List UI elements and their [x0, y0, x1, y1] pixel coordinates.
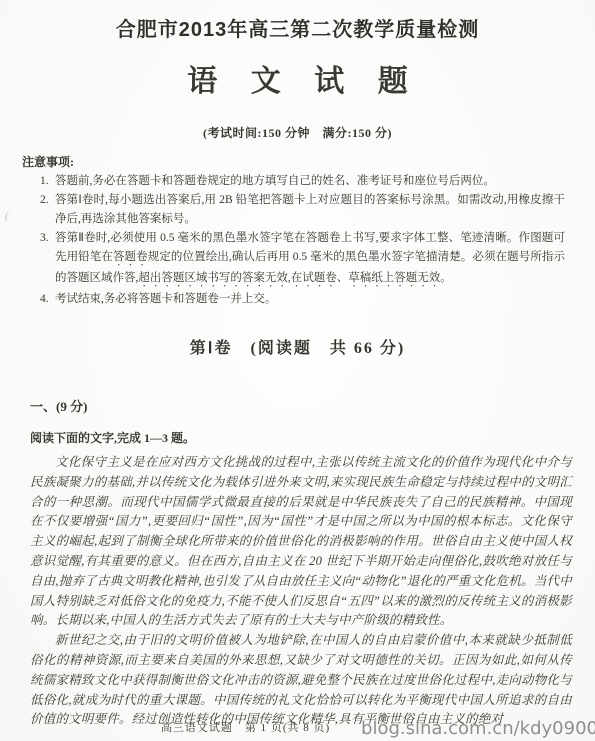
notices-section: 注意事项: 1. 答题前,务必在答题卡和答题卷规定的地方填写自己的姓名、准考证号…	[22, 153, 595, 309]
notice-number: 4.	[40, 290, 49, 309]
exam-paper-page: ( 合肥市2013年高三第二次教学质量检测 语 文 试 题 (考试时间:150 …	[0, 0, 595, 741]
reading-passage: 文化保守主义是在应对西方文化挑战的过程中,主张以传统主流文化的价值作为现代化中介…	[30, 453, 572, 730]
notice-text-segment: 。	[440, 272, 452, 284]
part-heading: 一、(9 分)	[30, 396, 595, 415]
notice-item-1: 1. 答题前,务必在答题卡和答题卷规定的地方填写自己的姓名、准考证号和座位号后两…	[22, 172, 595, 191]
subject-title: 语 文 试 题	[0, 56, 595, 100]
exam-info: (考试时间:150 分钟 满分:150 分)	[0, 124, 595, 141]
notice-item-3: 3. 答第Ⅱ卷时,必须使用 0.5 毫米的黑色墨水签字笔在答题卷上书写,要求字体…	[22, 229, 595, 290]
notice-number: 3.	[40, 229, 49, 248]
exam-title: 合肥市2013年高三第二次教学质量检测	[0, 13, 595, 42]
passage-paragraph-1: 文化保守主义是在应对西方文化挑战的过程中,主张以传统主流文化的价值作为现代化中介…	[30, 453, 572, 631]
notice-number: 1.	[40, 172, 49, 191]
notices-heading: 注意事项:	[22, 153, 595, 172]
notice-item-2: 2. 答第Ⅰ卷时,每小题选出答案后,用 2B 铅笔把答题卡上对应题目的答案标号涂…	[22, 191, 595, 229]
notice-text: 考试结束,务必将答题卡和答题卷一并上交。	[55, 293, 276, 305]
reading-instruction: 阅读下面的文字,完成 1—3 题。	[30, 429, 595, 446]
notice-text: 答第Ⅰ卷时,每小题选出答案后,用 2B 铅笔把答题卡上对应题目的答案标号涂黑。如…	[55, 194, 565, 225]
blog-watermark: blog.sina.com.cn/kdy0900	[361, 718, 595, 739]
notice-number: 2.	[40, 191, 49, 210]
notice-emphasis-text: 答题卷	[113, 251, 148, 263]
notice-emphasis-text: 超出答题区域书写的答案无效,在试题卷、草稿纸上答题无效	[138, 272, 440, 284]
volume-heading: 第Ⅰ卷 (阅读题 共 66 分)	[0, 335, 595, 358]
passage-paragraph-2: 新世纪之交,由于旧的文明价值被人为地铲除,在中国人的自由启蒙价值中,本来就缺少抵…	[30, 631, 572, 730]
notice-text: 答题前,务必在答题卡和答题卷规定的地方填写自己的姓名、准考证号和座位号后两位。	[55, 175, 495, 187]
scan-artifact-mark: (	[5, 211, 8, 222]
notice-text: 答第Ⅱ卷时,必须使用 0.5 毫米的黑色墨水签字笔在答题卷上书写,要求字体工整、…	[55, 232, 565, 284]
notice-item-4: 4. 考试结束,务必将答题卡和答题卷一并上交。	[22, 290, 595, 309]
